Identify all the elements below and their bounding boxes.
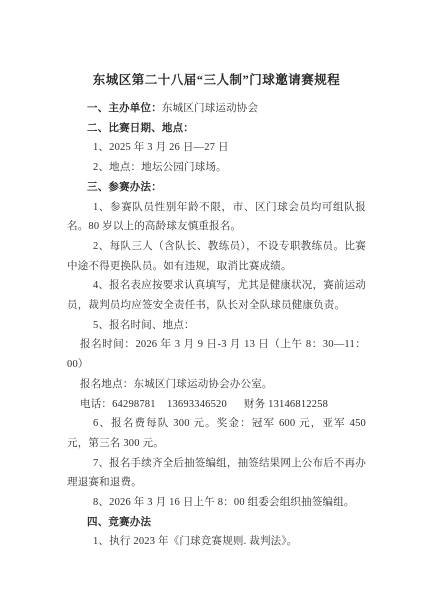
document-title: 东城区第二十八届“三人制”门球邀请赛规程 <box>67 72 366 89</box>
entry-item-draw-date: 8、2026 年 3 月 16 日上午 8：00 组委会组织抽签编组。 <box>67 493 366 513</box>
competition-heading: 四、竞赛办法 <box>67 513 366 533</box>
entry-item-health-form: 4、报名表应按要求认真填写，尤其是健康状况，赛前运动员，裁判员均应签安全责任书，… <box>67 276 366 315</box>
organizer-label: 一、主办单位： <box>87 103 162 114</box>
schedule-item-date: 1、2025 年 3 月 26 日—27 日 <box>67 138 366 158</box>
entry-item-fees: 6、报名费每队 300 元。奖金：冠军 600 元，亚军 450 元，第三名 3… <box>67 414 366 453</box>
entry-heading: 三、参赛办法： <box>67 178 366 198</box>
entry-item-team-size: 2、每队三人（含队长、教练员），不设专职教练员。比赛中途不得更换队员。如有违规，… <box>67 237 366 276</box>
registration-phone-line: 电话：64298781 13693346520 财务 13146812258 <box>67 395 366 415</box>
schedule-item-venue: 2、地点：地坛公园门球场。 <box>67 158 366 178</box>
organizer-line: 一、主办单位：东城区门球运动协会 <box>67 99 366 119</box>
entry-item-withdrawal: 7、报名手续齐全后抽签编组，抽签结果网上公布后不再办理退赛和退费。 <box>67 454 366 493</box>
entry-item-eligibility: 1、参赛队员性别年龄不限，市、区门球会员均可组队报名。80 岁以上的高龄球友慎重… <box>67 198 366 237</box>
registration-place-line: 报名地点：东城区门球运动协会办公室。 <box>67 375 366 395</box>
schedule-heading: 二、比赛日期、地点： <box>67 119 366 139</box>
registration-time-line: 报名时间：2026 年 3 月 9 日-3 月 13 日（上午 8：30—11：… <box>67 335 366 374</box>
document-page: 东城区第二十八届“三人制”门球邀请赛规程 一、主办单位：东城区门球运动协会 二、… <box>0 0 428 600</box>
competition-item-rules: 1、执行 2023 年《门球竞赛规则. 裁判法》。 <box>67 532 366 552</box>
entry-item-registration-heading: 5、报名时间、地点： <box>67 316 366 336</box>
organizer-value: 东城区门球运动协会 <box>162 103 258 114</box>
